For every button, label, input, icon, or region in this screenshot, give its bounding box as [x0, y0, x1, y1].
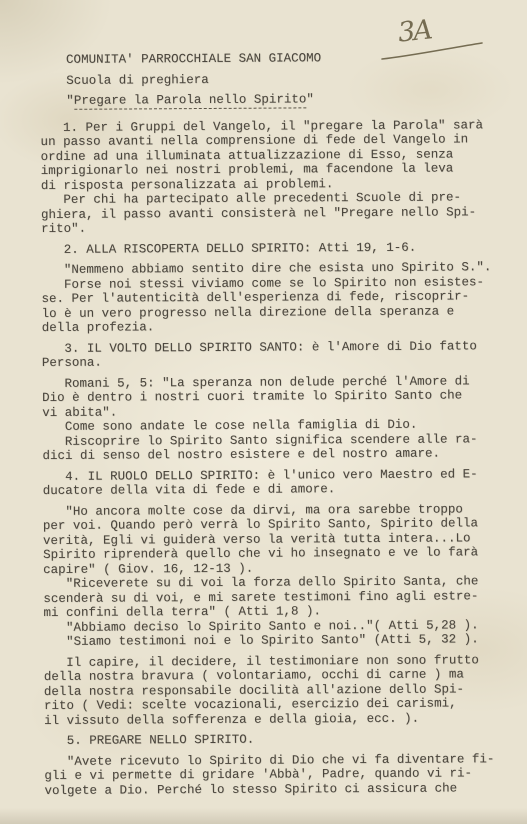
- doc-subtitle-line: Scuola di preghiera: [66, 71, 527, 88]
- doc-title-line: "Pregare la Parola nello Spirito": [66, 91, 527, 108]
- open-quote: ": [66, 94, 74, 108]
- section-2-heading: 2. ALLA RISCOPERTA DELLO SPIRITO: Atti 1…: [41, 240, 527, 257]
- section-5-paragraph: "Avete ricevuto lo Spirito di Dio che vi…: [44, 752, 527, 798]
- close-quote: ": [306, 92, 314, 106]
- section-3-heading: 3. IL VOLTO DELLO SPIRITO SANTO: è l'Amo…: [42, 339, 527, 371]
- section-5-heading: 5. PREGARE NELLO SPIRITO.: [44, 731, 527, 748]
- scanned-document-page: 3A COMUNITA' PARROCCHIALE SAN GIACOMO Sc…: [0, 0, 527, 824]
- document-content: COMUNITA' PARROCCHIALE SAN GIACOMO Scuol…: [40, 50, 527, 804]
- doc-organization-line: COMUNITA' PARROCCHIALE SAN GIACOMO: [66, 50, 527, 67]
- section-4-heading: 4. IL RUOLO DELLO SPIRITO: è l'unico ver…: [43, 467, 527, 499]
- section-4-commentary: Il capire, il decidere, il testimoniare …: [44, 653, 527, 728]
- section-1-paragraph: 1. Per i Gruppi del Vangelo, il "pregare…: [40, 118, 527, 237]
- doc-title: Pregare la Parola nello Spirito: [74, 92, 307, 109]
- section-2-paragraph: "Nemmeno abbiamo sentito dire che esista…: [41, 260, 527, 335]
- section-4-scripture-quotes: "Ho ancora molte cose da dirvi, ma ora s…: [43, 502, 527, 650]
- section-3-paragraph: Romani 5, 5: "La speranza non delude per…: [42, 374, 527, 464]
